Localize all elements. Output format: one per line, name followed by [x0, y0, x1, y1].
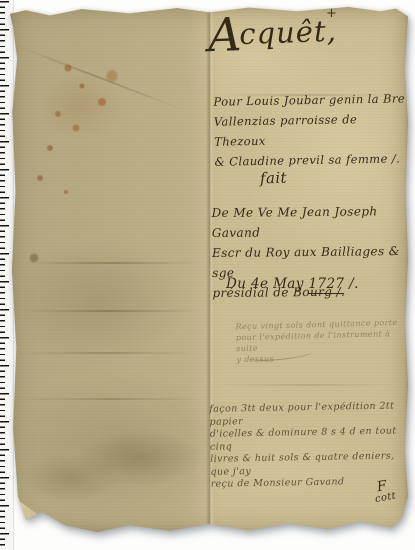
horizontal-crease: [12, 398, 208, 400]
fees-note-line: façon 3tt deux pour l'expédition 2tt pap…: [209, 400, 411, 429]
paper-shadow-wrap: + Acquêt, Pour Louis Joubar genin la Bre…: [0, 0, 415, 550]
fait-heading: fait: [260, 169, 288, 188]
folded-corner: [15, 490, 57, 526]
parties-line: Pour Louis Joubar genin la Bre: [213, 88, 409, 111]
horizontal-crease: [12, 310, 208, 312]
parties-paragraph: Pour Louis Joubar genin la Bre Vallenzia…: [213, 88, 410, 171]
parties-line: & Claudine previl sa femme /.: [214, 148, 410, 171]
manuscript-page: + Acquêt, Pour Louis Joubar genin la Bre…: [10, 6, 408, 533]
date-suffix: /.: [344, 276, 358, 292]
title-rest: cquêt,: [239, 14, 338, 51]
date-prefix: Du 4e May: [226, 276, 308, 292]
diagonal-crease: [4, 40, 191, 114]
document-title: Acquêt,: [207, 8, 337, 58]
paraph-bottom: cott: [374, 491, 397, 507]
fees-note-line: livres & huit sols & quatre deniers, que…: [210, 450, 412, 479]
horizontal-crease: [12, 262, 208, 264]
fees-note-line: d'icelles & dominure 8 s 4 d en tout cin…: [210, 425, 412, 454]
date-year: 1727: [308, 276, 344, 294]
title-initial: A: [207, 7, 240, 62]
manuscript-photo: + Acquêt, Pour Louis Joubar genin la Bre…: [0, 0, 415, 550]
parties-line: Vallenzias parroisse de Thezoux: [214, 108, 411, 151]
date-line: Du 4e May 1727 /.: [226, 276, 359, 292]
horizontal-crease: [12, 352, 202, 354]
horizontal-crease: [208, 384, 406, 386]
notary-line: De Me Ve Me Jean Joseph Gavand: [211, 201, 409, 243]
